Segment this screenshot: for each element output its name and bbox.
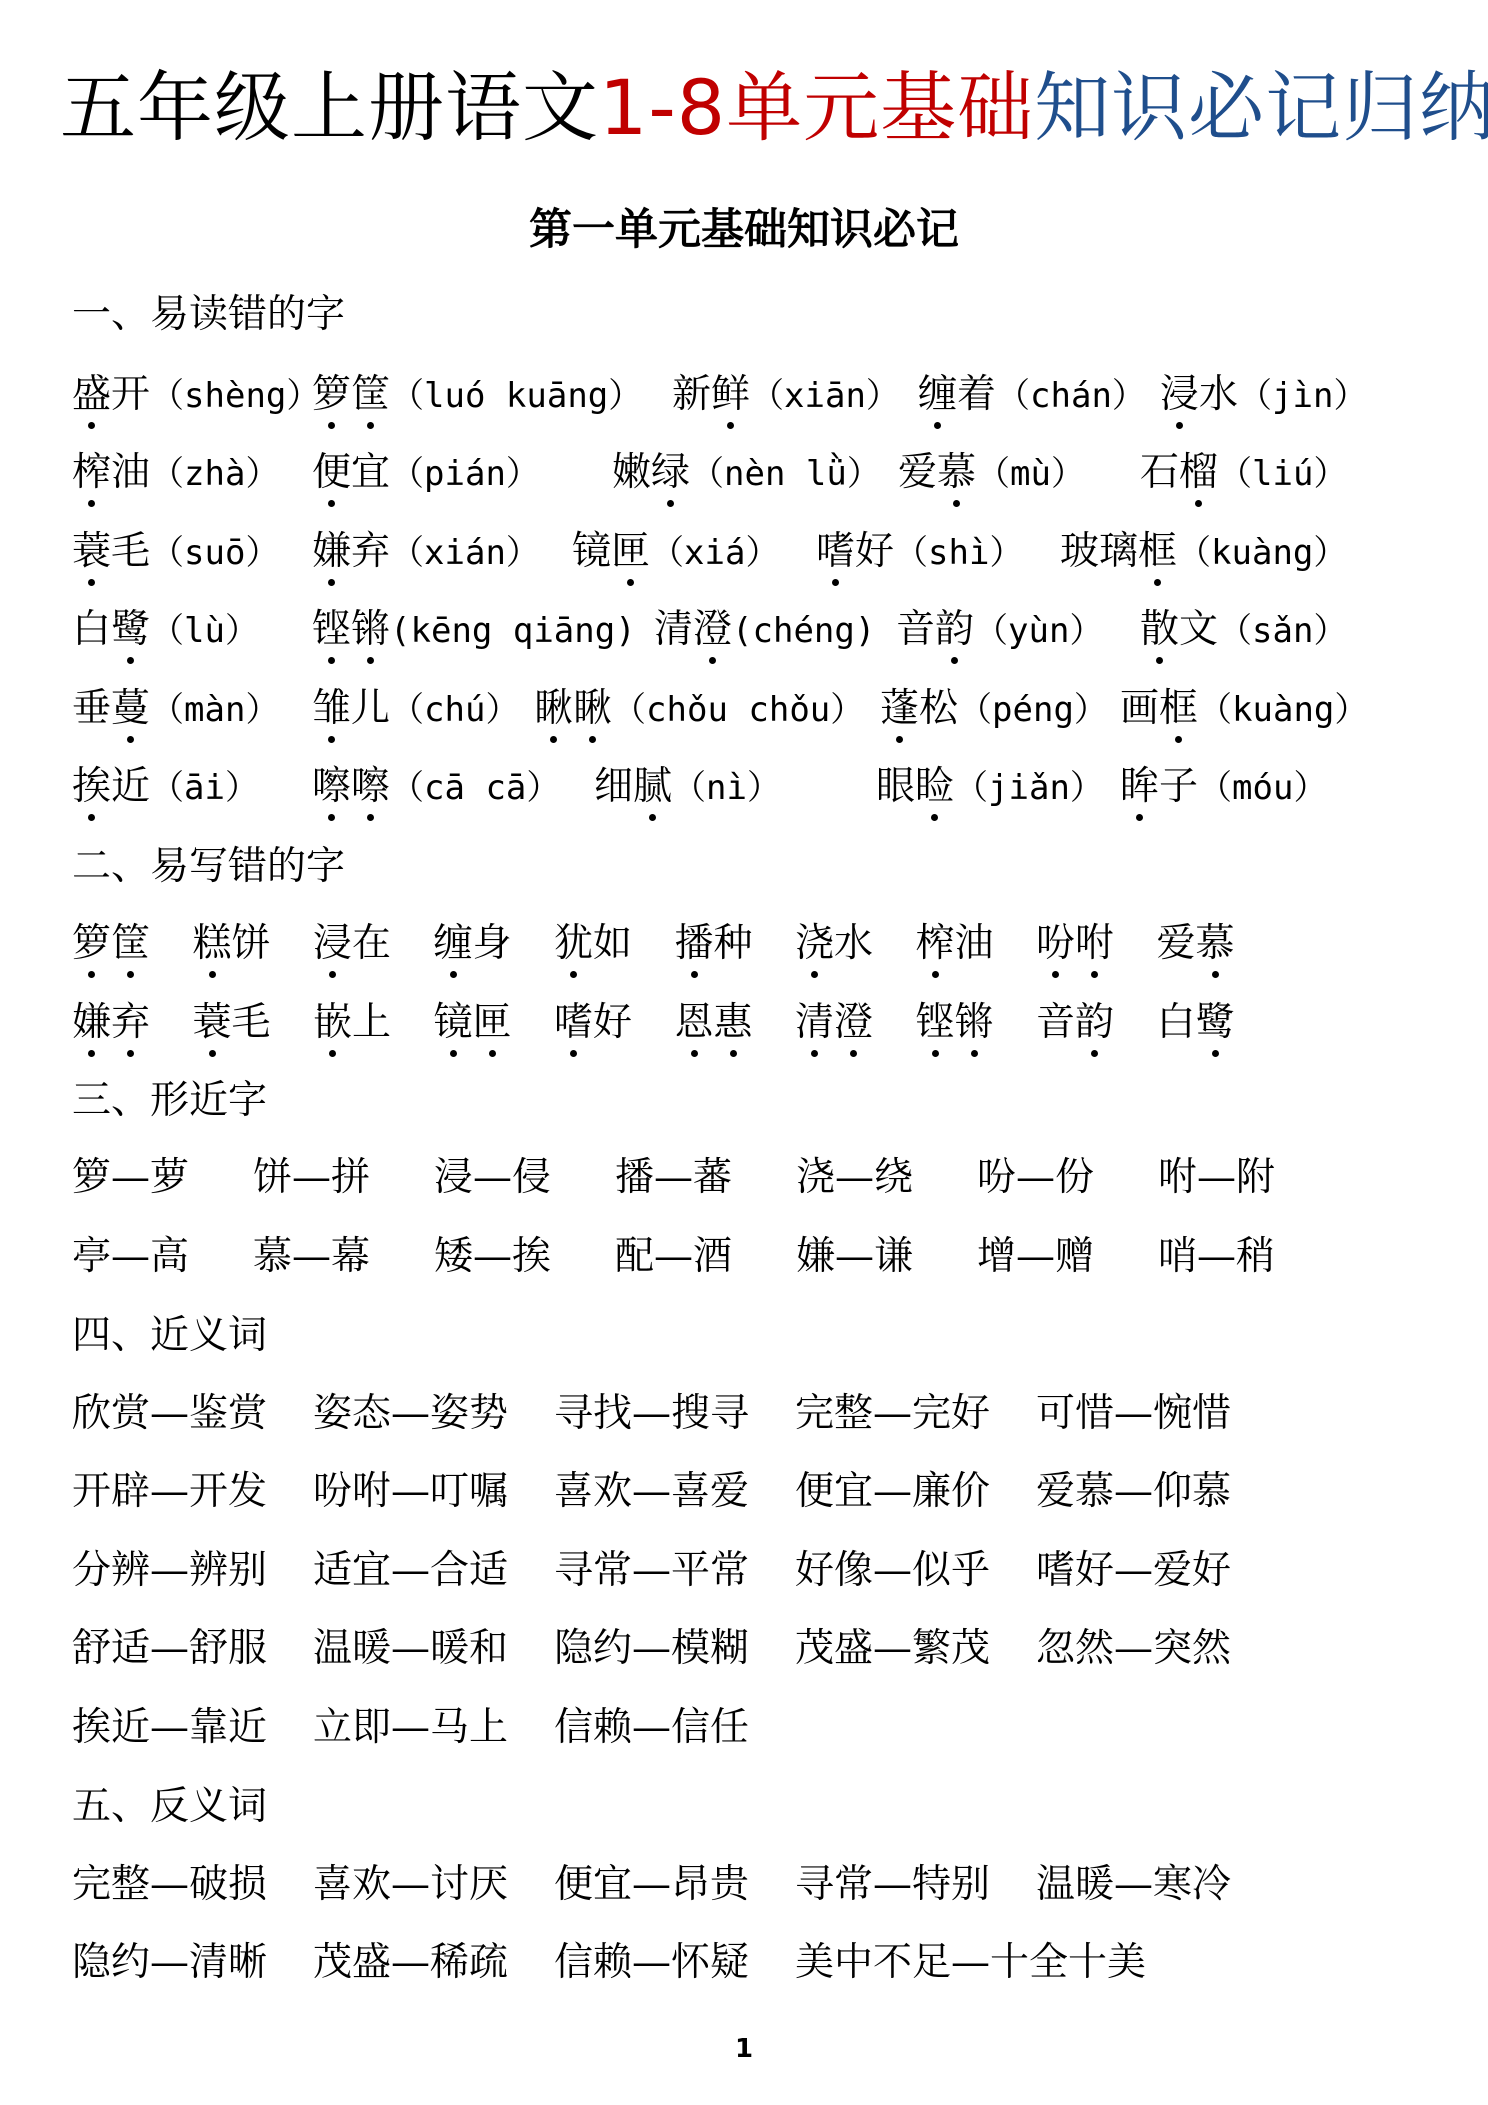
entry: 爱慕 [1157,914,1235,974]
pinyin: （chán） [996,376,1146,416]
pinyin: （móu） [1198,768,1327,808]
entry: 完整—破损 [72,1855,267,1915]
pinyin: （xiá） [650,533,779,573]
pinyin: (kēng qiāng) [390,611,636,651]
entry: 箩筐 [72,914,150,974]
pinyin: （chú） [390,690,519,730]
emphasis-char: 鹭 [1196,993,1235,1053]
page-number: 1 [0,2034,1488,2064]
emphasis-char: 嚓 [312,757,351,817]
emphasis-char: 框 [1159,679,1198,739]
entry: 玻璃框（kuàng） [1060,522,1347,583]
entry: 浸在 [313,914,391,974]
word: 音韵 [896,607,974,652]
emphasis-char: 嵌 [313,993,352,1053]
word: 浸水 [1160,372,1238,417]
word: 爱慕 [898,450,976,495]
char: 上 [352,993,391,1053]
entry: 白鹭 [1157,993,1235,1053]
char: 毛 [232,993,271,1053]
emphasis-char: 锵 [351,600,390,660]
char: 画 [1120,679,1159,739]
char: 子 [1159,757,1198,817]
emphasis-char: 箩 [312,365,351,425]
emphasis-char: 筐 [111,914,150,974]
entry: 蓑毛 [193,993,271,1053]
char: 石 [1140,443,1179,503]
entry: 犹如 [554,914,632,974]
char: 身 [473,914,512,974]
char: 眼 [876,757,915,817]
entry: 细腻（nì） [594,757,781,818]
char: 近 [111,757,150,817]
word: 嫌弃 [312,529,390,574]
title-part-grade: 五年级上册语文 [60,63,599,152]
emphasis-char: 匣 [611,522,650,582]
emphasis-char: 框 [1138,522,1177,582]
emphasis-char: 嚓 [351,757,390,817]
entry: 寻找—搜寻 [554,1384,749,1444]
emphasis-char: 蓬 [880,679,919,739]
entry: 亭—高 [72,1227,189,1287]
char: 白 [1157,993,1196,1053]
word: 新鲜 [672,372,750,417]
char: 爱 [898,443,937,503]
emphasis-char: 浸 [313,914,352,974]
entry: 吩咐 [1036,914,1114,974]
entry: 可惜—惋惜 [1036,1384,1231,1444]
entry: 适宜—合适 [313,1541,508,1601]
pinyin: （lù） [150,611,259,651]
emphasis-char: 镜 [434,993,473,1053]
pinyin: （màn） [150,690,279,730]
word: 缠身 [434,921,512,966]
entry: 新鲜（xiān） [672,365,900,426]
pinyin: （xiān） [750,376,900,416]
entry: 浇—绕 [796,1148,913,1208]
word: 石榴 [1140,450,1218,495]
section-heading-similar-shapes: 三、形近字 [72,1076,267,1126]
emphasis-char: 散 [1140,600,1179,660]
emphasis-char: 榴 [1179,443,1218,503]
word: 恩惠 [675,1000,753,1045]
emphasis-char: 缠 [918,365,957,425]
entry: 浇水 [795,914,873,974]
emphasis-char: 咐 [1075,914,1114,974]
entry: 清澄 [795,993,873,1053]
word: 盛开 [72,372,150,417]
entry: 隐约—清晰 [72,1933,267,1993]
word: 浇水 [795,921,873,966]
char: 嫩 [612,443,651,503]
entry: 榨油 [916,914,994,974]
word: 榨油 [72,450,150,495]
emphasis-char: 犹 [554,914,593,974]
pinyin: （mù） [976,454,1085,494]
pinyin: （suō） [150,533,279,573]
entry: 铿锵(kēng qiāng) [312,600,636,661]
pinyin: （chǒu chǒu） [612,690,864,730]
word: 蓑毛 [72,529,150,574]
entry: 散文（sǎn） [1140,600,1347,661]
emphasis-char: 澄 [834,993,873,1053]
entry: 咐—附 [1158,1148,1275,1208]
entry: 温暖—寒冷 [1036,1855,1231,1915]
word: 箩筐 [72,921,150,966]
emphasis-char: 匣 [473,993,512,1053]
emphasis-char: 雏 [312,679,351,739]
char: 弃 [351,522,390,582]
char: 音 [896,600,935,660]
word: 犹如 [554,921,632,966]
entry: 画框（kuàng） [1120,679,1368,740]
entry: 雏儿（chú） [312,679,519,740]
title-part-units: 1-8单元基础 [599,63,1034,152]
char: 水 [1199,365,1238,425]
char: 种 [714,914,753,974]
section-heading-synonyms: 四、近义词 [72,1311,267,1361]
section-heading-antonyms: 五、反义词 [72,1782,267,1832]
pinyin: （luó kuāng） [390,376,642,416]
entry: 挨近—靠近 [72,1698,267,1758]
pinyin: （yùn） [974,611,1103,651]
entry: 哨—稍 [1158,1227,1275,1287]
pinyin: （kuàng） [1198,690,1368,730]
word: 嵌上 [313,1000,391,1045]
entry: 音韵 [1036,993,1114,1053]
entry: 完整—完好 [795,1384,990,1444]
pinyin: (chéng) [732,611,875,651]
word: 蓬松 [880,686,958,731]
word: 白鹭 [1157,1000,1235,1045]
unit-subtitle: 第一单元基础知识必记 [0,202,1488,258]
emphasis-char: 鹭 [111,600,150,660]
entry: 嗜好—爱好 [1036,1541,1231,1601]
pinyin: （nì） [672,768,781,808]
word: 镜匣 [572,529,650,574]
word: 白鹭 [72,607,150,652]
emphasis-char: 眸 [1120,757,1159,817]
entry: 箩—萝 [72,1148,189,1208]
emphasis-char: 慕 [1196,914,1235,974]
entry: 信赖—怀疑 [554,1933,749,1993]
entry: 白鹭（lù） [72,600,259,661]
pinyin: （jiǎn） [954,768,1104,808]
emphasis-char: 蔓 [111,679,150,739]
entry: 嗜好（shì） [816,522,1023,583]
entry: 爱慕—仰慕 [1036,1462,1231,1522]
char: 新 [672,365,711,425]
entry: 恩惠 [675,993,753,1053]
pinyin: （cā cā） [390,768,560,808]
char: 白 [72,600,111,660]
title-part-summary: 知识必记归纳 [1034,63,1488,152]
char: 文 [1179,600,1218,660]
section-heading-misread: 一、易读错的字 [72,290,345,340]
char: 镜 [572,522,611,582]
emphasis-char: 吩 [1036,914,1075,974]
pinyin: （shì） [894,533,1023,573]
pinyin: （xián） [390,533,540,573]
word: 挨近 [72,764,150,809]
entry: 播种 [675,914,753,974]
emphasis-char: 瞅 [573,679,612,739]
char: 宜 [351,443,390,503]
entry: 茂盛—繁茂 [795,1619,990,1679]
entry: 嵌上 [313,993,391,1053]
word: 嫌弃 [72,1000,150,1045]
word: 榨油 [916,921,994,966]
entry: 糕饼 [193,914,271,974]
word: 细腻 [594,764,672,809]
emphasis-char: 挨 [72,757,111,817]
word: 眼睑 [876,764,954,809]
entry: 缠身 [434,914,512,974]
entry: 立即—马上 [313,1698,508,1758]
emphasis-char: 锵 [955,993,994,1053]
entry: 铿锵 [916,993,994,1053]
entry: 瞅瞅（chǒu chǒu） [534,679,864,740]
entry: 眼睑（jiǎn） [876,757,1104,818]
emphasis-char: 蓑 [193,993,232,1053]
pinyin: （āi） [150,768,259,808]
char: 饼 [232,914,271,974]
entry: 嫌—谦 [796,1227,913,1287]
emphasis-char: 糕 [193,914,232,974]
emphasis-char: 韵 [1075,993,1114,1053]
char: 松 [919,679,958,739]
emphasis-char: 弃 [111,993,150,1053]
entry: 茂盛—稀疏 [313,1933,508,1993]
emphasis-char: 浸 [1160,365,1199,425]
char: 好 [593,993,632,1053]
word: 垂蔓 [72,686,150,731]
emphasis-char: 嫌 [72,993,111,1053]
word: 铿锵 [312,607,390,652]
emphasis-char: 筐 [351,365,390,425]
emphasis-char: 澄 [693,600,732,660]
word: 镜匣 [434,1000,512,1045]
char: 细 [594,757,633,817]
word: 雏儿 [312,686,390,731]
word: 爱慕 [1157,921,1235,966]
entry: 箩筐（luó kuāng） [312,365,642,426]
emphasis-char: 箩 [72,914,111,974]
word: 便宜 [312,450,390,495]
emphasis-char: 铿 [312,600,351,660]
entry: 饼—拼 [253,1148,370,1208]
word: 音韵 [1036,1000,1114,1045]
emphasis-char: 铿 [916,993,955,1053]
entry: 嚓嚓（cā cā） [312,757,560,818]
word: 眸子 [1120,764,1198,809]
emphasis-char: 浇 [795,914,834,974]
entry: 矮—挨 [434,1227,551,1287]
entry: 嗜好 [554,993,632,1053]
char: 玻 [1060,522,1099,582]
word: 箩筐 [312,372,390,417]
entry: 石榴（liú） [1140,443,1347,504]
pinyin: （kuàng） [1177,533,1347,573]
entry: 音韵（yùn） [896,600,1103,661]
emphasis-char: 慕 [937,443,976,503]
entry: 舒适—舒服 [72,1619,267,1679]
entry: 榨油（zhà） [72,443,279,504]
emphasis-char: 瞅 [534,679,573,739]
char: 油 [955,914,994,974]
entry: 镜匣 [434,993,512,1053]
emphasis-char: 韵 [935,600,974,660]
emphasis-char: 嗜 [816,522,855,582]
emphasis-char: 鲜 [711,365,750,425]
entry: 吩—份 [977,1148,1094,1208]
word: 散文 [1140,607,1218,652]
emphasis-char: 缠 [434,914,473,974]
entry: 增—赠 [977,1227,1094,1287]
word: 嫩绿 [612,450,690,495]
word: 铿锵 [916,1000,994,1045]
char: 着 [957,365,996,425]
emphasis-char: 绿 [651,443,690,503]
word: 嗜好 [816,529,894,574]
char: 璃 [1099,522,1138,582]
emphasis-char: 榨 [916,914,955,974]
emphasis-char: 便 [312,443,351,503]
emphasis-char: 嫌 [312,522,351,582]
entry: 浸水（jìn） [1160,365,1367,426]
char: 儿 [351,679,390,739]
entry: 忽然—突然 [1036,1619,1231,1679]
entry: 寻常—平常 [554,1541,749,1601]
entry: 欣赏—鉴赏 [72,1384,267,1444]
word: 清澄 [795,1000,873,1045]
emphasis-char: 榨 [72,443,111,503]
entry: 播—蕃 [615,1148,732,1208]
entry: 美中不足—十全十美 [795,1933,1146,1993]
char: 如 [593,914,632,974]
pinyin: （jìn） [1238,376,1367,416]
char: 油 [111,443,150,503]
pinyin: （zhà） [150,454,279,494]
word: 浸在 [313,921,391,966]
entry: 信赖—信任 [554,1698,749,1758]
char: 清 [654,600,693,660]
entry: 喜欢—讨厌 [313,1855,508,1915]
entry: 镜匣（xiá） [572,522,779,583]
word: 清澄 [654,607,732,652]
entry: 便宜（pián） [312,443,540,504]
entry: 浸—侵 [434,1148,551,1208]
entry: 嫩绿（nèn lǜ） [612,443,881,504]
emphasis-char: 蓑 [72,522,111,582]
entry: 温暖—暖和 [313,1619,508,1679]
entry: 隐约—模糊 [554,1619,749,1679]
entry: 寻常—特别 [795,1855,990,1915]
entry: 蓬松（péng） [880,679,1108,740]
entry: 好像—似乎 [795,1541,990,1601]
entry: 配—酒 [615,1227,732,1287]
char: 音 [1036,993,1075,1053]
entry: 盛开（shèng） [72,365,320,426]
emphasis-char: 清 [795,993,834,1053]
entry: 吩咐—叮嘱 [313,1462,508,1522]
word: 吩咐 [1036,921,1114,966]
entry: 姿态—姿势 [313,1384,508,1444]
entry: 挨近（āi） [72,757,259,818]
entry: 开辟—开发 [72,1462,267,1522]
emphasis-char: 嗜 [554,993,593,1053]
pinyin: （shèng） [150,376,320,416]
char: 开 [111,365,150,425]
emphasis-char: 睑 [915,757,954,817]
word: 蓑毛 [193,1000,271,1045]
entry: 清澄(chéng) [654,600,875,661]
pinyin: （pián） [390,454,540,494]
pinyin: （liú） [1218,454,1347,494]
char: 好 [855,522,894,582]
entry: 缠着（chán） [918,365,1146,426]
entry: 爱慕（mù） [898,443,1085,504]
word: 糕饼 [193,921,271,966]
pinyin: （sǎn） [1218,611,1347,651]
entry: 便宜—廉价 [795,1462,990,1522]
word: 画框 [1120,686,1198,731]
word: 瞅瞅 [534,686,612,731]
emphasis-char: 恩 [675,993,714,1053]
entry: 垂蔓（màn） [72,679,279,740]
pinyin: （péng） [958,690,1108,730]
document-title: 五年级上册语文1-8单元基础知识必记归纳 [0,62,1488,154]
word: 玻璃框 [1060,529,1177,574]
word: 嗜好 [554,1000,632,1045]
section-heading-miswritten: 二、易写错的字 [72,842,345,892]
char: 水 [834,914,873,974]
emphasis-char: 惠 [714,993,753,1053]
emphasis-char: 腻 [633,757,672,817]
char: 爱 [1157,914,1196,974]
char: 毛 [111,522,150,582]
entry: 眸子（móu） [1120,757,1327,818]
emphasis-char: 盛 [72,365,111,425]
entry: 喜欢—喜爱 [554,1462,749,1522]
word: 嚓嚓 [312,764,390,809]
word: 播种 [675,921,753,966]
entry: 分辨—辨别 [72,1541,267,1601]
char: 垂 [72,679,111,739]
entry: 嫌弃（xián） [312,522,540,583]
emphasis-char: 播 [675,914,714,974]
entry: 嫌弃 [72,993,150,1053]
entry: 便宜—昂贵 [554,1855,749,1915]
entry: 慕—幕 [253,1227,370,1287]
char: 在 [352,914,391,974]
entry: 蓑毛（suō） [72,522,279,583]
word: 缠着 [918,372,996,417]
pinyin: （nèn lǜ） [690,454,881,494]
